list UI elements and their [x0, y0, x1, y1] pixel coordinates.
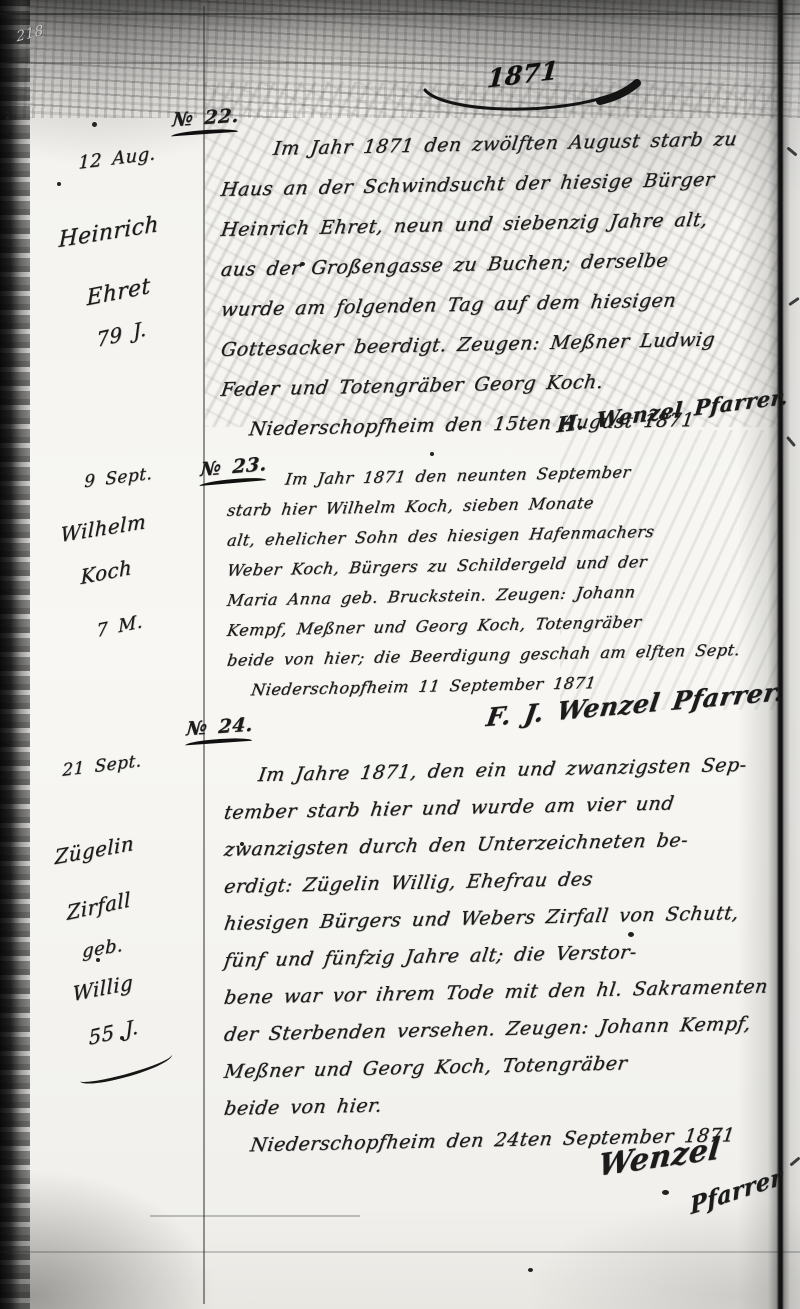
left-edge-mark: z. [4, 107, 18, 124]
margin-underline-flourish [77, 1047, 175, 1089]
margin-date: 21 Sept. [62, 751, 142, 781]
margin-name-3: Willig [72, 970, 133, 1006]
binding-edge-shadow [0, 0, 30, 1309]
margin-rule-line [203, 6, 205, 1304]
ink-speck [430, 452, 434, 456]
margin-age: 7 M. [96, 611, 143, 642]
margin-first-name: Wilhelm [60, 509, 146, 547]
ink-speck [528, 1268, 533, 1272]
ruled-line [0, 1251, 800, 1253]
entry-number-label: № 24. [185, 714, 253, 741]
margin-geb-abbr: geb. [82, 935, 123, 963]
margin-date: 12 Aug. [78, 143, 156, 174]
ruled-line [0, 62, 800, 64]
scanned-register-page: 218 z. 1871 № 22. 12 Aug. Heinrich Ehret… [0, 0, 800, 1309]
scan-noise-band [0, 0, 800, 118]
ink-speck [662, 1190, 669, 1195]
ruled-line [0, 13, 800, 15]
margin-age: 55 J. [88, 1014, 139, 1050]
margin-first-name: Heinrich [58, 212, 159, 253]
margin-last-name: Ehret [86, 274, 150, 312]
entry-number-24: № 24. [185, 714, 254, 746]
ruled-line [150, 1215, 360, 1217]
ink-speck [57, 182, 61, 186]
margin-name-2: Zirfall [66, 887, 131, 925]
margin-last-name: Koch [80, 555, 132, 589]
year-underline-flourish [415, 70, 650, 125]
entry-23-body: Im Jahr 1871 den neunten Septemberstarb … [228, 460, 786, 700]
margin-age: 79 J. [96, 316, 147, 352]
margin-name-1: Zügelin [55, 831, 134, 869]
margin-date: 9 Sept. [84, 464, 152, 493]
ink-speck [92, 122, 97, 127]
entry-24-body: Im Jahre 1871, den ein und zwanzigsten S… [225, 752, 785, 1159]
